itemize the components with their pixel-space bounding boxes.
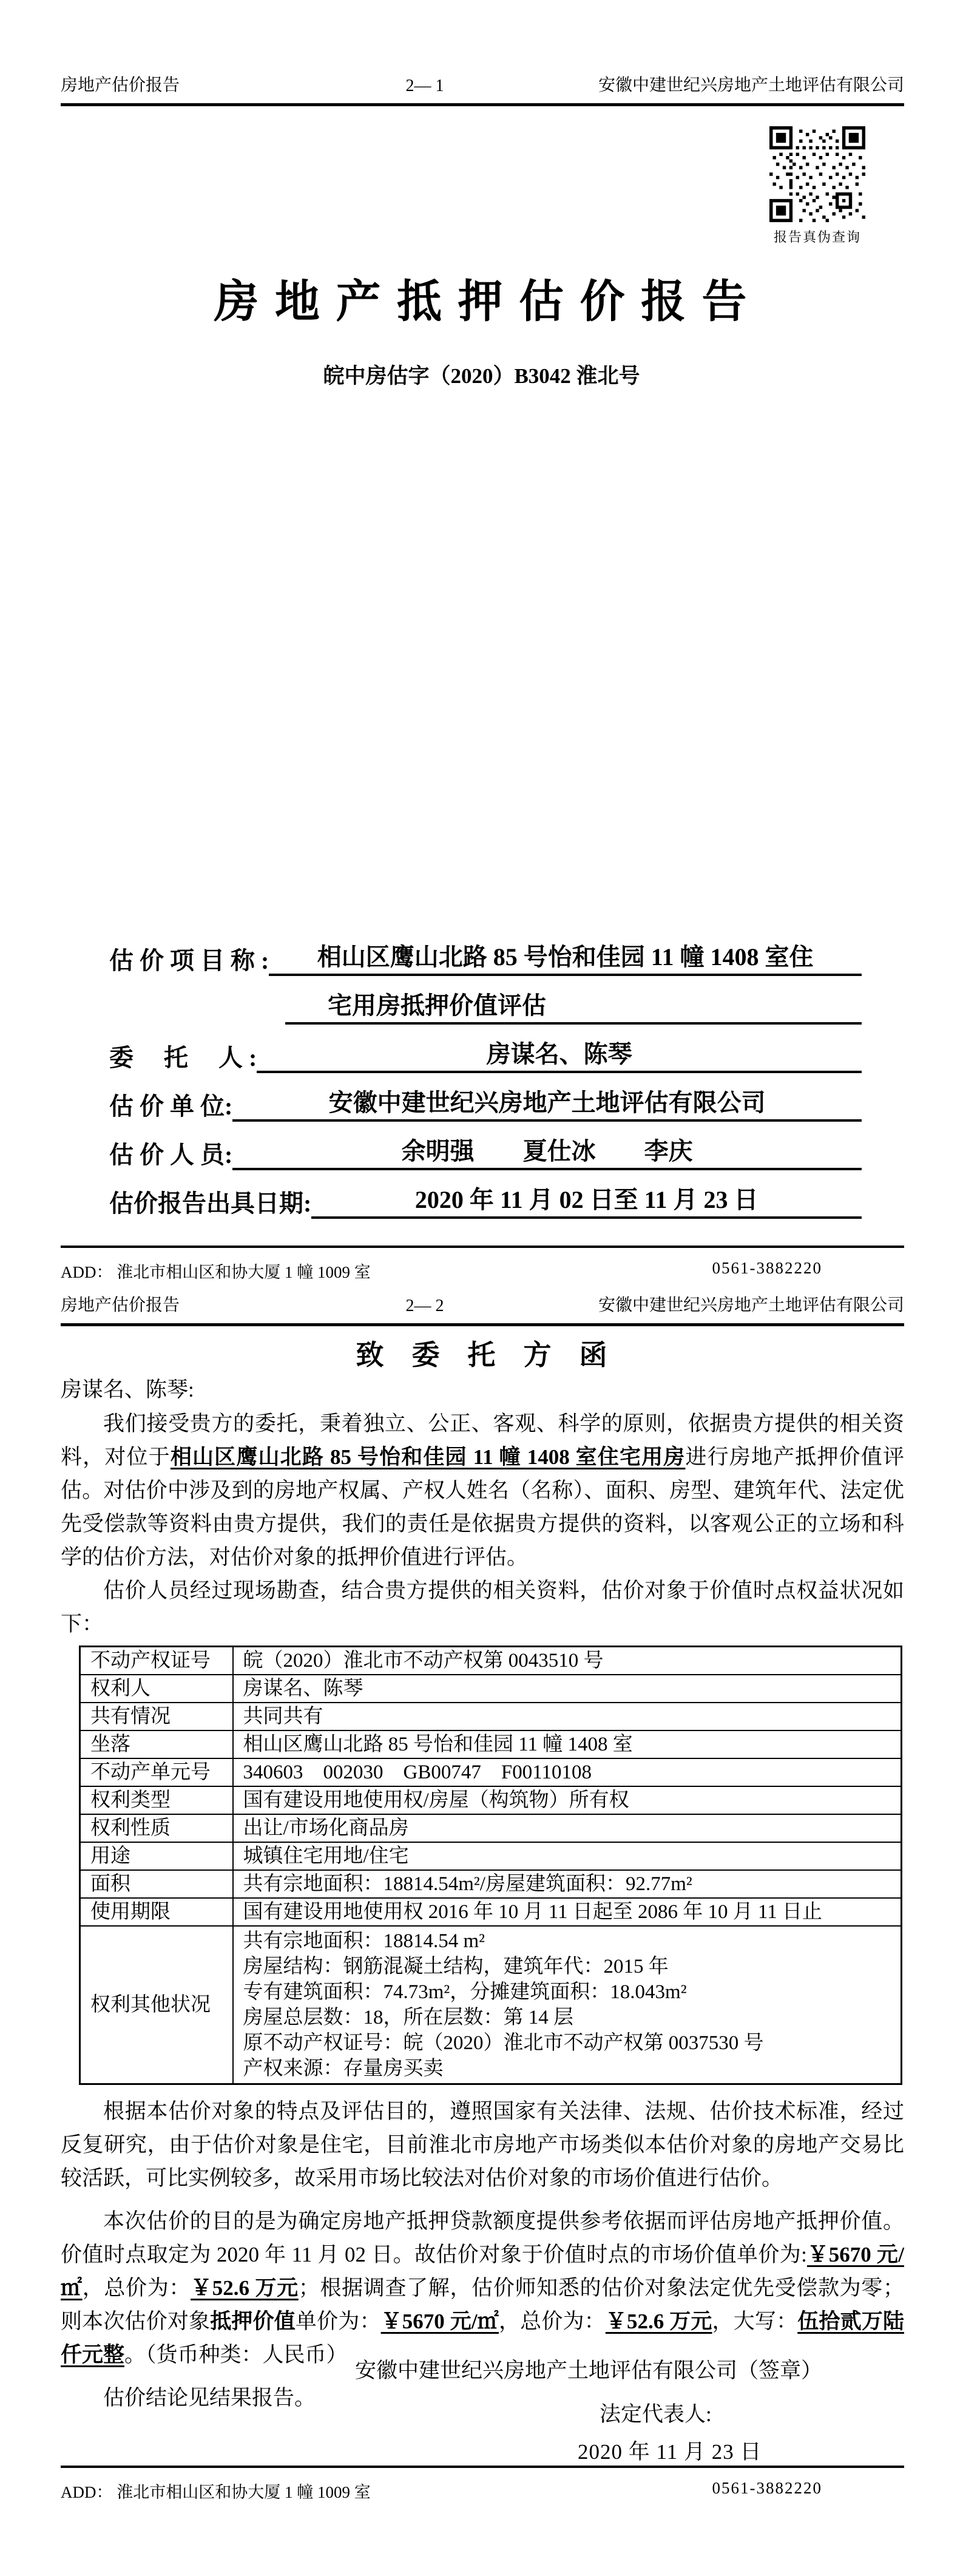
page2-header-left: 房地产估价报告: [61, 1292, 180, 1316]
p4-total-price-market: ￥52.6 万元: [191, 2276, 299, 2300]
other-status-line-1: 共有宗地面积：18814.54 m²: [243, 1928, 891, 1954]
row-usage-value: 城镇住宅用地/住宅: [233, 1842, 902, 1870]
cover-fields: 估 价 项 目 称 : 相山区鹰山北路 85 号怡和佳园 11 幢 1408 室…: [109, 927, 862, 1219]
field-agency-label: 估 价 单 位:: [109, 1087, 232, 1122]
field-agency: 估 价 单 位: 安徽中建世纪兴房地产土地评估有限公司: [109, 1073, 862, 1122]
row-right-nature-label: 权利性质: [80, 1814, 233, 1842]
field-client: 委 托 人 : 房谋名、陈琴: [109, 1025, 862, 1073]
table-row: 权利类型国有建设用地使用权/房屋（构筑物）所有权: [80, 1786, 902, 1814]
letter-salutation: 房谋名、陈琴:: [61, 1373, 194, 1403]
property-rights-table: 不动产权证号皖（2020）淮北市不动产权第 0043510 号 权利人房谋名、陈…: [79, 1646, 902, 2085]
letter-paragraph-2: 估价人员经过现场勘查，结合贵方提供的相关资料，估价对象于价值时点权益状况如下：: [61, 1574, 904, 1641]
other-status-line-3: 专有建筑面积：74.73m²，分摊建筑面积：18.043m²: [243, 1979, 891, 2005]
signature-company: 安徽中建世纪兴房地产土地评估有限公司（签章）: [355, 2354, 822, 2384]
qr-block: 报告真伪查询: [769, 126, 865, 246]
table-row: 权利人房谋名、陈琴: [80, 1675, 902, 1703]
other-status-line-2: 房屋结构：钢筋混凝土结构，建筑年代：2015 年: [243, 1954, 891, 1979]
p4-text-b: ，总价为：: [83, 2276, 191, 2300]
row-area-value: 共有宗地面积：18814.54m²/房屋建筑面积：92.77m²: [233, 1870, 902, 1898]
field-staff: 估 价 人 员: 余明强 夏仕冰 李庆: [109, 1122, 862, 1170]
field-agency-value: 安徽中建世纪兴房地产土地评估有限公司: [232, 1083, 862, 1122]
document-page: 房地产估价报告 2— 1 安徽中建世纪兴房地产土地评估有限公司 报告真伪查询 房…: [0, 0, 963, 2576]
p4-mortgage-value-term: 抵押价值: [210, 2310, 296, 2333]
row-other-status-label: 权利其他状况: [80, 1926, 233, 2084]
page2-footer-address: ADD： 淮北市相山区和协大厦 1 幢 1009 室: [61, 2479, 371, 2503]
report-doc-number: 皖中房估字（2020）B3042 淮北号: [0, 359, 963, 390]
letter-paragraph-4: 本次估价的目的是为确定房地产抵押贷款额度提供参考依据而评估房地产抵押价值。价值时…: [61, 2205, 904, 2371]
field-staff-value: 余明强 夏仕冰 李庆: [232, 1132, 862, 1170]
field-client-label: 委 托 人 :: [109, 1039, 257, 1073]
p4-text-g: 。（货币种类：人民币）: [124, 2343, 348, 2367]
row-term-label: 使用期限: [80, 1898, 233, 1926]
table-row: 不动产权证号皖（2020）淮北市不动产权第 0043510 号: [80, 1647, 902, 1675]
row-cert-no-label: 不动产权证号: [80, 1647, 233, 1675]
page1-footer-phone: 0561-3882220: [712, 1259, 823, 1283]
field-report-date-value: 2020 年 11 月 02 日至 11 月 23 日: [311, 1181, 862, 1219]
page1-header-left: 房地产估价报告: [61, 72, 180, 96]
letter-paragraph-3: 根据本估价对象的特点及评估目的，遵照国家有关法律、法规、估价技术标准，经过反复研…: [61, 2095, 904, 2195]
row-unit-no-label: 不动产单元号: [80, 1758, 233, 1786]
report-title: 房 地 产 抵 押 估 价 报 告: [0, 266, 963, 330]
p1-property-address: 相山区鹰山北路 85 号怡和佳园 11 幢 1408 室住宅用房: [171, 1445, 686, 1469]
field-project-line2: 宅用房抵押价值评估: [109, 976, 862, 1025]
field-report-date: 估价报告出具日期: 2020 年 11 月 02 日至 11 月 23 日: [109, 1170, 862, 1219]
signature-legal-representative: 法定代表人:: [600, 2398, 712, 2428]
letter-paragraph-1: 我们接受贵方的委托，秉着独立、公正、客观、科学的原则，依据贵方提供的相关资料，对…: [61, 1407, 904, 1574]
row-owner-label: 权利人: [80, 1675, 233, 1703]
other-status-line-4: 房屋总层数：18，所在层数：第 14 层: [243, 2005, 891, 2030]
page2-footer-phone: 0561-3882220: [712, 2479, 823, 2503]
letter-body: 我们接受贵方的委托，秉着独立、公正、客观、科学的原则，依据贵方提供的相关资料，对…: [61, 1407, 904, 2415]
page1-footer-address: ADD： 淮北市相山区和协大厦 1 幢 1009 室: [61, 1259, 371, 1283]
row-unit-no-value: 340603 002030 GB00747 F00110108: [233, 1758, 902, 1786]
field-project-value-cont: 宅用房抵押价值评估: [285, 986, 862, 1025]
table-row: 共有情况共同共有: [80, 1703, 902, 1730]
row-location-label: 坐落: [80, 1730, 233, 1758]
row-usage-label: 用途: [80, 1842, 233, 1870]
table-row: 面积共有宗地面积：18814.54m²/房屋建筑面积：92.77m²: [80, 1870, 902, 1898]
row-cert-no-value: 皖（2020）淮北市不动产权第 0043510 号: [233, 1647, 902, 1675]
row-coownership-value: 共同共有: [233, 1703, 902, 1730]
row-term-value: 国有建设用地使用权 2016 年 10 月 11 日起至 2086 年 10 月…: [233, 1898, 902, 1926]
row-location-value: 相山区鹰山北路 85 号怡和佳园 11 幢 1408 室: [233, 1730, 902, 1758]
p4-unit-price-mortgage: ￥5670 元/㎡: [381, 2310, 499, 2333]
page1-header-company: 安徽中建世纪兴房地产土地评估有限公司: [598, 72, 904, 96]
row-owner-value: 房谋名、陈琴: [233, 1675, 902, 1703]
p4-text-f: ，大写：: [712, 2310, 798, 2333]
p4-text-e: ，总价为：: [499, 2310, 606, 2333]
other-status-line-6: 产权来源：存量房买卖: [243, 2056, 891, 2081]
p4-total-price-mortgage: ￥52.6 万元: [606, 2310, 712, 2333]
page2-header-company: 安徽中建世纪兴房地产土地评估有限公司: [598, 1292, 904, 1316]
page1-header: 房地产估价报告 2— 1 安徽中建世纪兴房地产土地评估有限公司: [61, 72, 904, 106]
letter-heading: 致 委 托 方 函: [0, 1333, 963, 1373]
qr-code-image: [769, 126, 865, 222]
page2-footer: ADD： 淮北市相山区和协大厦 1 幢 1009 室 0561-3882220: [61, 2466, 904, 2503]
field-project: 估 价 项 目 称 : 相山区鹰山北路 85 号怡和佳园 11 幢 1408 室…: [109, 927, 862, 976]
table-row: 权利性质出让/市场化商品房: [80, 1814, 902, 1842]
table-row: 不动产单元号340603 002030 GB00747 F00110108: [80, 1758, 902, 1786]
table-row: 坐落相山区鹰山北路 85 号怡和佳园 11 幢 1408 室: [80, 1730, 902, 1758]
row-area-label: 面积: [80, 1870, 233, 1898]
field-staff-label: 估 价 人 员:: [109, 1136, 232, 1170]
row-right-type-label: 权利类型: [80, 1786, 233, 1814]
page1-footer: ADD： 淮北市相山区和协大厦 1 幢 1009 室 0561-3882220: [61, 1246, 904, 1283]
letter-paragraph-5: 估价结论见结果报告。: [61, 2381, 904, 2415]
row-other-status-value: 共有宗地面积：18814.54 m² 房屋结构：钢筋混凝土结构，建筑年代：201…: [233, 1926, 902, 2084]
row-right-type-value: 国有建设用地使用权/房屋（构筑物）所有权: [233, 1786, 902, 1814]
table-row: 用途城镇住宅用地/住宅: [80, 1842, 902, 1870]
signature-date: 2020 年 11 月 23 日: [578, 2435, 762, 2466]
qr-caption: 报告真伪查询: [769, 227, 865, 246]
table-row: 权利其他状况 共有宗地面积：18814.54 m² 房屋结构：钢筋混凝土结构，建…: [80, 1926, 902, 2084]
table-row: 使用期限国有建设用地使用权 2016 年 10 月 11 日起至 2086 年 …: [80, 1898, 902, 1926]
other-status-line-5: 原不动产权证号：皖（2020）淮北市不动产权第 0037530 号: [243, 2030, 891, 2056]
field-report-date-label: 估价报告出具日期:: [109, 1184, 311, 1219]
field-project-label: 估 价 项 目 称 :: [109, 941, 269, 976]
page2-header: 房地产估价报告 2— 2 安徽中建世纪兴房地产土地评估有限公司: [61, 1292, 904, 1326]
row-right-nature-value: 出让/市场化商品房: [233, 1814, 902, 1842]
p4-text-a: 本次估价的目的是为确定房地产抵押贷款额度提供参考依据而评估房地产抵押价值。价值时…: [61, 2209, 904, 2266]
field-project-value: 相山区鹰山北路 85 号怡和佳园 11 幢 1408 室住: [269, 938, 862, 976]
row-coownership-label: 共有情况: [80, 1703, 233, 1730]
field-client-value: 房谋名、陈琴: [257, 1035, 862, 1073]
p4-text-d: 单价为：: [296, 2310, 381, 2333]
